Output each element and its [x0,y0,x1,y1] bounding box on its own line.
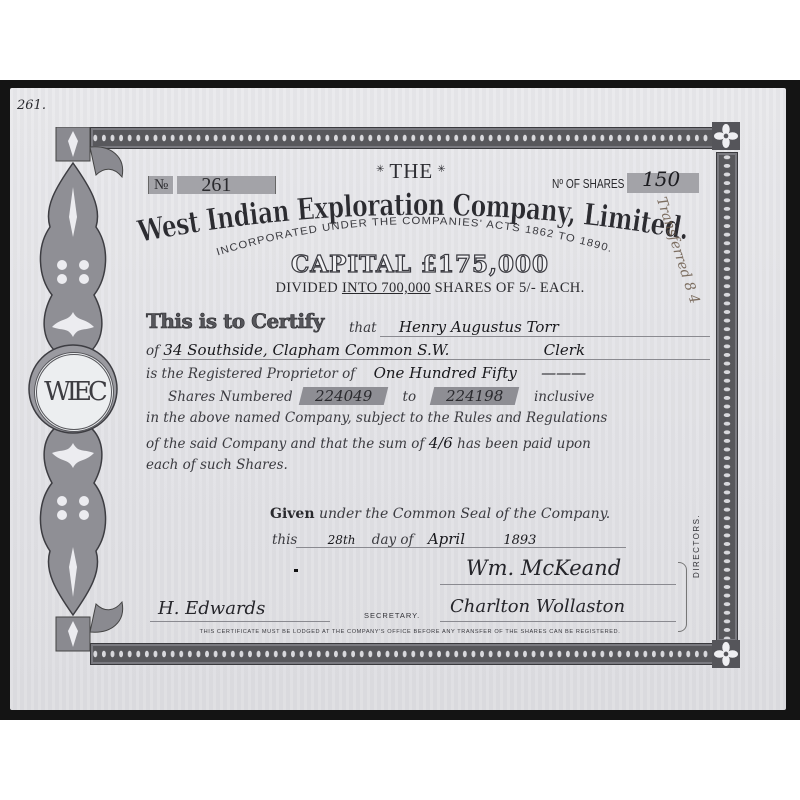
registered-text: is the Registered Proprietor of [146,366,355,382]
title-prefix: THE [372,159,451,184]
day-of-text: day of [372,532,414,548]
quatrefoil-corner-icon [712,640,740,668]
top-ornamental-border [90,127,718,149]
date-month: April [428,530,465,548]
quatrefoil-corner-icon [712,122,740,150]
date-day: 28th [328,533,356,547]
transfer-notice: THIS CERTIFICATE MUST BE LODGED AT THE C… [160,629,660,635]
paid-text-post: has been paid upon [457,436,591,452]
secretary-label: SECRETARY. [364,611,420,620]
amount-paid: 4/6 [429,434,453,452]
director-signature-1: Wm. McKeand [466,556,621,580]
certify-heading: This is to Certify [146,309,324,333]
secretary-rule [150,621,330,622]
secretary-signature: H. Edwards [158,598,265,619]
shares-in-words: One Hundred Fifty [374,364,517,382]
division-text-post: SHARES OF 5/- EACH. [431,280,585,296]
ink-mark [294,569,298,572]
inclusive-text: inclusive [534,389,594,405]
director-signature-2: Charlton Wollaston [450,596,625,617]
shares-numbered-text: Shares Numbered [168,389,293,405]
address-rule [162,359,710,360]
dash-filler: ——— [541,364,586,382]
share-to-box: 224198 [430,387,520,405]
corner-note: 261. [17,98,46,113]
shares-count-label: Nº OF SHARES [552,176,624,191]
capital-amount: CAPITAL £175,000 [285,251,555,278]
holder-rule [380,336,710,337]
share-division: DIVIDED INTO 700,000 SHARES OF 5/- EACH. [255,280,605,297]
division-text-mid: INTO 700,000 [342,280,431,296]
director-2-rule [440,621,676,622]
directors-label: DIRECTORS. [692,514,701,578]
right-ornamental-border [716,152,738,642]
each-share-line: each of such Shares. [146,457,288,473]
this-text: this [272,532,297,548]
share-number-to: 224198 [446,387,503,405]
paid-text-pre: of the said Company and that the sum of [146,436,424,452]
proprietor-line: is the Registered Proprietor of One Hund… [146,364,586,382]
holder-line: that Henry Augustus Torr [349,318,559,336]
of-text: of [146,343,159,359]
shares-numbered-line: Shares Numbered 224049 to 224198 inclusi… [168,387,594,405]
seal-line: Given under the Common Seal of the Compa… [270,506,610,522]
bottom-ornamental-border [90,643,718,665]
to-text: to [403,389,417,405]
division-text-pre: DIVIDED [276,280,342,296]
company-monogram: WIEC [34,352,114,432]
rules-line: in the above named Company, subject to t… [146,410,607,426]
address-line: of 34 Southside, Clapham Common S.W. Cle… [146,341,585,359]
that-text: that [349,320,377,336]
date-line: this 28th day of April 1893 [272,530,536,548]
share-number-from: 224049 [315,387,372,405]
date-year: 1893 [503,533,536,548]
given-text: Given [270,506,315,522]
holder-name: Henry Augustus Torr [399,318,559,336]
seal-text: under the Common Seal of the Company. [319,506,610,522]
directors-brace [678,562,687,632]
holder-address: 34 Southside, Clapham Common S.W. [163,341,449,359]
shares-count: 150 [642,167,680,191]
director-1-rule [440,584,676,585]
paid-line: of the said Company and that the sum of … [146,434,591,452]
holder-occupation: Clerk [544,341,585,359]
share-from-box: 224049 [299,387,389,405]
date-rule [296,547,626,548]
